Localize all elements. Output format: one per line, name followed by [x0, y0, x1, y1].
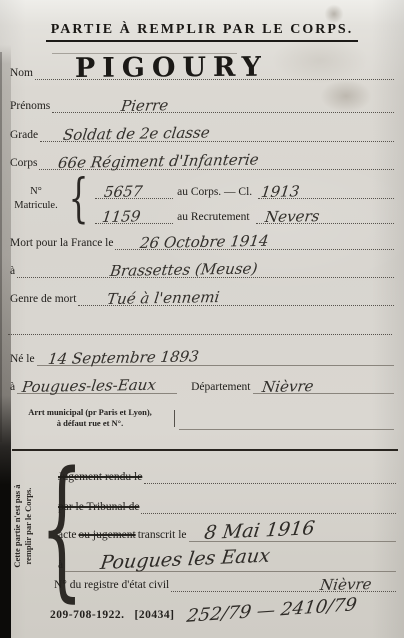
lower-section-brace: { [40, 462, 50, 600]
transcription-lieu-value: Pougues les Eaux [99, 545, 271, 574]
field-genre-mort: Genre de mort Tué à l'ennemi [10, 288, 394, 306]
registre-value: Nièvre [319, 575, 373, 594]
field-transcription: acte ou jugement transcrit le 8 Mai 1916 [58, 522, 396, 542]
registre-line: Nièvre [171, 575, 396, 592]
field-matricule: N° Matricule. { 5657 au Corps. — Cl. 191… [10, 174, 394, 224]
tribunal-line [141, 495, 396, 514]
ne-lieu-line: Pougues-les-Eaux [17, 375, 177, 394]
transcription-lieu-label: à [58, 559, 65, 572]
corps-line: 66e Régiment d'Infanterie [39, 153, 394, 170]
matricule-classe-line: 1913 [258, 173, 394, 199]
matricule-recrutement-place-line: Nevers [256, 198, 394, 224]
genre-mort-line: Tué à l'ennemi [78, 287, 394, 306]
mort-date-line: 26 Octobre 1914 [115, 231, 394, 250]
field-ne-le: Né le 14 Septembre 1893 [10, 348, 394, 366]
mort-lieu-label: à [10, 265, 17, 278]
matricule-corps-number-line: 5657 [95, 173, 173, 199]
tribunal-label: par le Tribunal de [58, 501, 141, 514]
arrondissement-divider-bar [174, 410, 175, 427]
arrondissement-label-line2: à défaut rue et N°. [10, 418, 170, 429]
matricule-label: N° Matricule. [10, 185, 62, 212]
section-separator [8, 334, 392, 335]
jugement-label: Jugement rendu le [58, 471, 144, 484]
scan-edge-line [0, 52, 2, 442]
transcription-label-struck: ou jugement [79, 529, 138, 542]
mort-lieu-value: Brassettes (Meuse) [109, 259, 259, 280]
mort-date-value: 26 Octobre 1914 [139, 232, 270, 252]
transcription-line: 8 Mai 1916 [189, 521, 396, 542]
matricule-lines: 5657 au Corps. — Cl. 1913 1159 au Recrut… [95, 174, 394, 224]
field-mort-lieu: à Brassettes (Meuse) [10, 260, 394, 278]
matricule-recrutement-place: Nevers [264, 207, 321, 226]
prenoms-value: Pierre [120, 96, 169, 115]
departement-label: Département [191, 381, 252, 394]
corps-label: Corps [10, 157, 39, 170]
registre-label: N° du registre d'état civil [54, 579, 171, 592]
page-title: PARTIE À REMPLIR PAR LE CORPS. [46, 22, 358, 42]
transcription-value: 8 Mai 1916 [203, 517, 316, 544]
transcription-lieu-line: Pougues les Eaux [65, 549, 396, 572]
field-mort-date: Mort pour la France le 26 Octobre 1914 [10, 232, 394, 250]
grade-line: Soldat de 2e classe [40, 125, 394, 142]
field-arrondissement: Arrt municipal (pr Paris et Lyon), à déf… [10, 406, 394, 430]
ne-le-line: 14 Septembre 1893 [37, 347, 394, 366]
prenoms-label: Prénoms [10, 100, 52, 113]
field-transcription-lieu: à Pougues les Eaux [58, 550, 396, 572]
handwritten-refs: 252/79 — 2410/79 [186, 594, 359, 627]
arrondissement-line [179, 411, 394, 430]
field-prenoms: Prénoms Pierre [10, 97, 394, 113]
nom-line: PIGOURY [35, 45, 394, 80]
ne-lieu-label: à [10, 381, 17, 394]
arrondissement-label: Arrt municipal (pr Paris et Lyon), à déf… [10, 407, 170, 430]
field-corps: Corps 66e Régiment d'Infanterie [10, 154, 394, 170]
field-ne-lieu: à Pougues-les-Eaux Département Nièvre [10, 376, 394, 394]
field-nom: Nom PIGOURY [10, 46, 394, 80]
jugement-line [144, 465, 396, 484]
matricule-corps-row: 5657 au Corps. — Cl. 1913 [95, 174, 394, 199]
print-code: 209-708-1922. [50, 609, 125, 621]
grade-value: Soldat de 2e classe [62, 123, 211, 144]
header-wrap: PARTIE À REMPLIR PAR LE CORPS. [0, 20, 404, 42]
matricule-brace: { [69, 174, 89, 224]
nom-value: PIGOURY [75, 52, 268, 84]
matricule-recrutement-number: 1159 [101, 207, 141, 226]
field-grade: Grade Soldat de 2e classe [10, 126, 394, 142]
matricule-label-line1: N° [10, 185, 62, 199]
field-registre: N° du registre d'état civil Nièvre [54, 576, 396, 592]
side-note-vertical: Cette partie n'est pas à remplir par le … [12, 481, 34, 571]
ne-lieu-value: Pougues-les-Eaux [21, 376, 157, 396]
mort-date-label: Mort pour la France le [10, 237, 115, 250]
genre-mort-label: Genre de mort [10, 293, 78, 306]
transcription-label-suffix: transcrit le [138, 529, 189, 542]
field-jugement: Jugement rendu le [58, 466, 396, 484]
matricule-recrutement-row: 1159 au Recrutement Nevers [95, 199, 394, 224]
footer-codes: 209-708-1922. [20434] 252/79 — 2410/79 [50, 600, 396, 621]
genre-mort-value: Tué à l'ennemi [106, 288, 221, 308]
military-death-record-card: PARTIE À REMPLIR PAR LE CORPS. Nom PIGOU… [0, 0, 404, 638]
field-tribunal: par le Tribunal de [58, 496, 396, 514]
matricule-recrutement-number-line: 1159 [95, 198, 173, 224]
matricule-label-line2: Matricule. [10, 199, 62, 213]
mort-lieu-line: Brassettes (Meuse) [17, 259, 394, 278]
ne-le-value: 14 Septembre 1893 [47, 347, 200, 368]
bracket-code: [20434] [135, 609, 175, 621]
grade-label: Grade [10, 129, 40, 142]
departement-line: Nièvre [253, 375, 395, 394]
departement-value: Nièvre [261, 377, 315, 396]
transcription-label-prefix: acte [58, 529, 79, 542]
arrondissement-label-line1: Arrt municipal (pr Paris et Lyon), [10, 407, 170, 418]
prenoms-line: Pierre [52, 96, 394, 113]
nom-label: Nom [10, 67, 35, 80]
matricule-corps-suffix: au Corps. — Cl. [177, 186, 254, 199]
ne-le-label: Né le [10, 353, 37, 366]
matricule-recrutement-suffix: au Recrutement [177, 211, 251, 224]
